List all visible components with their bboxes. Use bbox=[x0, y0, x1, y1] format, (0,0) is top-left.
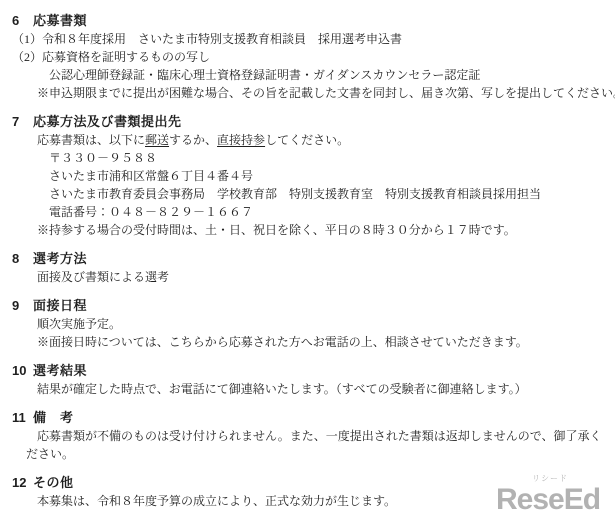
underlined-text: 郵送 bbox=[145, 133, 169, 147]
section-title: その他 bbox=[33, 474, 74, 492]
document-line: ※面接日時については、こちらから応募された方へお電話の上、相談させていただきます… bbox=[37, 333, 615, 351]
section-number: 6 bbox=[12, 12, 33, 30]
text-segment: するか、 bbox=[169, 133, 217, 147]
document-line: 応募書類は、以下に郵送するか、直接持参してください。 bbox=[37, 131, 615, 149]
section: 11備 考応募書類が不備のものは受け付けられません。また、一度提出された書類は返… bbox=[0, 409, 615, 463]
section-heading: 12その他 bbox=[0, 474, 615, 492]
underlined-text: 直接持参 bbox=[217, 133, 265, 147]
section-number: 7 bbox=[12, 113, 33, 131]
document-line: 順次実施予定。 bbox=[37, 315, 615, 333]
section-heading: 8選考方法 bbox=[0, 250, 615, 268]
section-title: 応募書類 bbox=[33, 12, 87, 30]
document-sections: 6応募書類（1）令和８年度採用 さいたま市特別支援教育相談員 採用選考申込書（2… bbox=[0, 0, 615, 510]
document-line: 面接及び書類による選考 bbox=[37, 268, 615, 286]
section-number: 9 bbox=[12, 297, 33, 315]
section-heading: 6応募書類 bbox=[0, 12, 615, 30]
section: 9面接日程順次実施予定。※面接日時については、こちらから応募された方へお電話の上… bbox=[0, 297, 615, 351]
document-page: 6応募書類（1）令和８年度採用 さいたま市特別支援教育相談員 採用選考申込書（2… bbox=[0, 0, 615, 516]
section: 8選考方法面接及び書類による選考 bbox=[0, 250, 615, 286]
section-title: 選考方法 bbox=[33, 250, 87, 268]
section-heading: 11備 考 bbox=[0, 409, 615, 427]
section-number: 8 bbox=[12, 250, 33, 268]
document-line: 応募書類が不備のものは受け付けられません。また、一度提出された書類は返却しません… bbox=[26, 427, 607, 463]
section-heading: 10選考結果 bbox=[0, 362, 615, 380]
section: 10選考結果結果が確定した時点で、お電話にて御連絡いたします。（すべての受験者に… bbox=[0, 362, 615, 398]
document-line: 〒３３０－９５８８ bbox=[49, 149, 615, 167]
section-title: 面接日程 bbox=[33, 297, 87, 315]
document-line: さいたま市浦和区常盤６丁目４番４号 bbox=[49, 167, 615, 185]
section: 7応募方法及び書類提出先応募書類は、以下に郵送するか、直接持参してください。〒３… bbox=[0, 113, 615, 239]
section-number: 12 bbox=[12, 474, 33, 492]
text-segment: してください。 bbox=[265, 133, 349, 147]
section-number: 10 bbox=[12, 362, 33, 380]
section: 12その他本募集は、令和８年度予算の成立により、正式な効力が生じます。 bbox=[0, 474, 615, 510]
section: 6応募書類（1）令和８年度採用 さいたま市特別支援教育相談員 採用選考申込書（2… bbox=[0, 12, 615, 102]
document-line: 結果が確定した時点で、お電話にて御連絡いたします。（すべての受験者に御連絡します… bbox=[37, 380, 615, 398]
document-line: （1）令和８年度採用 さいたま市特別支援教育相談員 採用選考申込書 bbox=[12, 30, 615, 48]
document-line: 公認心理師登録証・臨床心理士資格登録証明書・ガイダンスカウンセラー認定証 bbox=[49, 66, 615, 84]
document-line: ※申込期限までに提出が困難な場合、その旨を記載した文書を同封し、届き次第、写しを… bbox=[37, 84, 615, 102]
document-line: （2）応募資格を証明するものの写し bbox=[12, 48, 615, 66]
section-title: 選考結果 bbox=[33, 362, 87, 380]
document-line: 本募集は、令和８年度予算の成立により、正式な効力が生じます。 bbox=[37, 492, 615, 510]
document-line: ※持参する場合の受付時間は、土・日、祝日を除く、平日の８時３０分から１７時です。 bbox=[37, 221, 615, 239]
section-title: 備 考 bbox=[33, 409, 74, 427]
document-line: さいたま市教育委員会事務局 学校教育部 特別支援教育室 特別支援教育相談員採用担… bbox=[49, 185, 615, 203]
section-heading: 7応募方法及び書類提出先 bbox=[0, 113, 615, 131]
document-line: 電話番号：０４８－８２９－１６６７ bbox=[49, 203, 615, 221]
section-heading: 9面接日程 bbox=[0, 297, 615, 315]
text-segment: 応募書類は、以下に bbox=[37, 133, 145, 147]
section-title: 応募方法及び書類提出先 bbox=[33, 113, 182, 131]
section-number: 11 bbox=[12, 409, 33, 427]
